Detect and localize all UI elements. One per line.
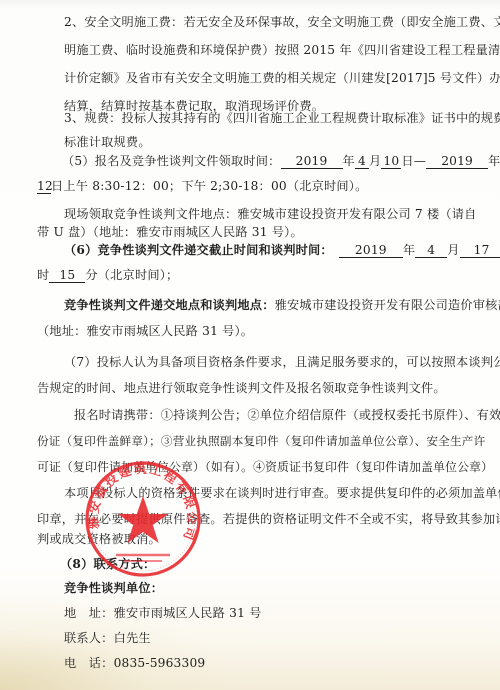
section-5-registration-time: （5）报名及竞争性谈判文件领取时间：2019年4月10日—2019年4月: [62, 153, 500, 169]
address-row: 地 址：雅安市雨城区人民路 31 号: [64, 605, 262, 621]
section-5-location-line-2: 带 U 盘）（地址：雅安市雨城区人民路 31 号）。: [37, 224, 303, 240]
section-7-line-2: 告规定的时间、地点进行领取竞争性谈判文件及报名领取竞争性谈判文件。: [37, 380, 446, 396]
year-label: 年: [488, 154, 500, 168]
section-5-time-line: 12日上午 8:30-12：00；下午 2;30-18：00（北京时间）。: [37, 178, 367, 194]
para-2-line-2: 明施工费、临时设施费和环境保护费）按照 2015 年《四川省建设工程工程量清单: [64, 42, 500, 58]
phone-value: 0835-5963309: [114, 656, 206, 670]
para-3-line-1: 3、规费：投标人按其持有的《四川省施工企业工程规费计取标准》证书中的规费: [64, 110, 500, 126]
year-label: 年: [403, 243, 415, 257]
section-6-prefix: （6）竞争性谈判文件递交截止时间和谈判时间：: [64, 243, 333, 257]
month-label: 月: [369, 154, 381, 168]
address-value: 雅安市雨城区人民路 31 号: [114, 606, 262, 620]
deadline-minute-field: 15: [49, 269, 85, 283]
contact-label: 联系人：: [64, 631, 114, 645]
hour-label: 时: [37, 268, 49, 282]
review-line-1: 本项目投标人的资格条件要求在谈判时进行审查。要求提供复印件的必须加盖单位: [64, 485, 500, 501]
review-line-3: 判或成交资格被取消。: [37, 531, 161, 547]
document-page: 2、安全文明施工费：若无安全及环保事故，安全文明施工费（即安全施工费、文 明施工…: [0, 0, 500, 690]
review-line-2: 印章，并在必要时提供原件备查。若提供的资格证明文件不全或不实，将导致其参加谈: [37, 511, 500, 527]
start-month-field: 4: [355, 155, 369, 169]
section-6-location: 竞争性谈判文件递交地点和谈判地点：雅安城市建设投资开发有限公司造价审核部: [64, 297, 500, 313]
deadline-month-field: 4: [415, 244, 447, 258]
section-5-prefix: （5）报名及竞争性谈判文件领取时间：: [62, 154, 281, 168]
para-3-line-2: 标准计取规费。: [64, 134, 151, 150]
bring-items-line-3: 可证（复印件请加盖单位公章）（如有）。④资质证书复印件（复印件请加盖单位公章）: [37, 459, 493, 475]
section-8-heading: （8）联系方式：: [60, 556, 155, 572]
minute-label: 分（北京时间）；: [85, 268, 178, 282]
section-6-location-line-2: （地址：雅安市雨城区人民路 31 号）。: [37, 323, 253, 339]
end-year-field: 2019: [426, 155, 488, 169]
phone-row: 电 话：0835-5963309: [64, 655, 205, 671]
end-day-field: 12: [37, 180, 51, 194]
start-year-field: 2019: [281, 155, 343, 169]
year-label: 年: [343, 154, 355, 168]
bring-items-line-2: 份证（复印件盖鲜章）；③营业执照副本复印件（复印件请加盖单位公章）、安全生产许: [37, 433, 485, 449]
section-5-location-line-1: 现场领取竞争性谈判文件地点：雅安城市建设投资开发有限公司 7 楼（请自: [64, 206, 477, 222]
deadline-year-field: 2019: [339, 244, 403, 258]
section-6-deadline: （6）竞争性谈判文件递交截止时间和谈判时间：2019年4月17日: [64, 242, 500, 258]
section-6-time-line: 时15分（北京时间）；: [37, 267, 178, 283]
bring-items-line-1: 报名时请携带：①持谈判公告；②单位介绍信原件（或授权委托书原件）、有效身: [74, 407, 500, 423]
contact-value: 白先生: [114, 631, 151, 645]
address-label: 地 址：: [64, 606, 114, 620]
month-label: 月: [447, 243, 459, 257]
section-7-line-1: （7）投标人认为具备项目资格条件要求，且满足服务要求的，可以按照本谈判公: [64, 354, 500, 370]
location-value: 雅安城市建设投资开发有限公司造价审核部: [275, 298, 500, 312]
start-day-field: 10: [381, 155, 401, 169]
contact-row: 联系人：白先生: [64, 630, 151, 646]
day-label: 日—: [401, 154, 426, 168]
deadline-day-field: 17: [460, 244, 500, 258]
para-2-line-3: 计价定额》及省市有关安全文明施工费的相关规定（川建发[2017]5 号文件）办理: [64, 70, 500, 86]
para-2-line-1: 2、安全文明施工费：若无安全及环保事故，安全文明施工费（即安全施工费、文: [64, 14, 500, 30]
negotiation-unit-label: 竞争性谈判单位：: [64, 580, 163, 596]
phone-label: 电 话：: [64, 656, 114, 670]
time-text: 日上午 8:30-12：00；下午 2;30-18：00（北京时间）。: [51, 179, 367, 193]
location-label: 竞争性谈判文件递交地点和谈判地点：: [64, 298, 275, 312]
